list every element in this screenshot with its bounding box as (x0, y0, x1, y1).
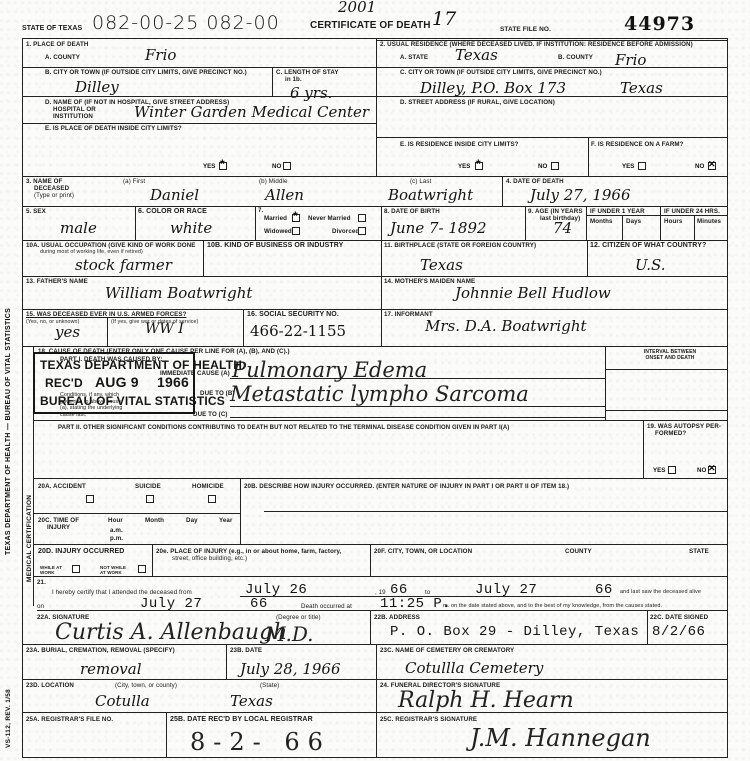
sex-value: male (60, 219, 97, 237)
res-state-label: a. STATE (400, 54, 428, 61)
homicide-label: HOMICIDE (192, 483, 224, 490)
year-label: Year (219, 517, 232, 524)
injury-county-label: COUNTY (565, 548, 592, 555)
rule (22, 644, 727, 645)
state-label: STATE OF TEXAS (22, 25, 82, 32)
homicide-checkbox[interactable] (208, 495, 216, 503)
ssn-label: 16. SOCIAL SECURITY NO. (247, 311, 339, 318)
occurred-label: 20d. INJURY OCCURRED (38, 548, 124, 555)
armed-forces-label: 15. WAS DECEASED EVER IN U.S. ARMED FORC… (26, 311, 187, 318)
stay-sub-label: in 1b. (285, 76, 302, 83)
cemetery-label: 23c. NAME OF CEMETERY OR CREMATORY (380, 647, 514, 654)
death-limits-yes-checkbox[interactable] (219, 162, 227, 170)
ssn-value: 466-22-1155 (250, 322, 346, 340)
residence-label: 2. USUAL RESIDENCE (Where deceased lived… (380, 41, 693, 48)
rule (22, 712, 727, 713)
accident-checkbox[interactable] (86, 495, 94, 503)
first-name-value: Daniel (150, 186, 199, 204)
border-top (22, 38, 727, 39)
birthplace-value: Texas (420, 256, 463, 274)
year-prefix: , 19 (375, 589, 386, 596)
rule (605, 410, 727, 411)
armed-value: yes (55, 323, 80, 341)
stamp-date: AUG 9 (95, 374, 139, 390)
death-limits-no-label: NO (272, 163, 281, 170)
border-right (727, 38, 728, 758)
rule (203, 240, 204, 276)
last-name-value: Boatwright (388, 186, 473, 204)
burial-method-value: removal (80, 660, 142, 678)
cert-text1: I hereby certify that I attended the dec… (52, 589, 192, 596)
rule (22, 123, 376, 124)
accident-label: 20a. ACCIDENT (38, 483, 86, 490)
time-label: 20c. TIME OF (38, 517, 79, 524)
location-state-label: (State) (260, 682, 279, 689)
rule (230, 417, 605, 418)
rule (243, 309, 244, 346)
rule (622, 215, 623, 240)
res-city-value: Dilley, P.O. Box 173 (420, 79, 566, 97)
rule (22, 276, 727, 277)
death-city-label: b. CITY OR TOWN (If outside city limits,… (45, 69, 247, 76)
handwritten-code: 082-00-25 082-00 (92, 12, 280, 34)
farm-label: f. IS RESIDENCE ON A FARM? (591, 141, 684, 148)
citizen-value: U.S. (635, 256, 666, 274)
never-married-label: Never Married (308, 215, 351, 222)
rule (376, 96, 727, 97)
rule (272, 67, 273, 96)
while-work-checkbox[interactable] (72, 565, 80, 573)
pm-label: p.m. (110, 535, 123, 542)
rule (255, 206, 256, 240)
rule (22, 96, 376, 97)
location-label: 23d. LOCATION (26, 682, 74, 689)
stamp-recd: REC'D (45, 376, 83, 390)
date-signed-label: 22c. DATE SIGNED (650, 614, 708, 621)
due-c-label: DUE TO (c) (193, 411, 228, 418)
rule (22, 679, 727, 680)
location-city-label: (City, town, or county) (115, 682, 177, 689)
autopsy-label: 19. WAS AUTOPSY PER- (647, 423, 721, 430)
rule (107, 318, 108, 346)
married-checkbox[interactable] (292, 214, 300, 222)
death-at-label: Death occurred at (301, 603, 352, 610)
annotation-number: 17 (432, 8, 456, 30)
farm-yes-label: YES (622, 163, 634, 170)
dod-value: July 27, 1966 (530, 186, 631, 204)
race-label: 6. COLOR OR RACE (138, 208, 207, 215)
cemetery-value: Cotullla Cemetery (405, 659, 543, 677)
physician-degree: M.D. (265, 622, 314, 646)
dob-value: June 7- 1892 (390, 219, 487, 237)
registrar-date-value: 8-2- 66 (190, 728, 331, 756)
res-state-value: Texas (455, 46, 498, 64)
res-limits-no-label: NO (538, 163, 547, 170)
border-bottom (22, 757, 727, 758)
age-label: 9. AGE (In years (528, 208, 583, 215)
due-b-value: Metastatic lympho Sarcoma (230, 382, 529, 406)
rule (22, 309, 727, 310)
describe-label: 20b. DESCRIBE HOW INJURY OCCURRED. (Ente… (244, 483, 569, 490)
physician-signature: Curtis A. Allenbaugh (55, 620, 287, 645)
rule (587, 240, 588, 276)
rule (647, 610, 648, 644)
rule (660, 206, 661, 240)
rule (605, 346, 606, 420)
father-label: 13. FATHER'S NAME (26, 278, 88, 285)
days-label: Days (626, 218, 641, 225)
divider-mid (376, 38, 377, 177)
rule (22, 176, 727, 177)
rule (230, 406, 605, 407)
rule (694, 215, 695, 240)
am-label: a.m. (110, 527, 123, 534)
rule (22, 346, 727, 347)
under-year-label: IF UNDER 1 YEAR (590, 208, 645, 215)
middle-name-label: (b) Middle (259, 178, 288, 185)
address-label: 22b. ADDRESS (374, 614, 420, 621)
burial-date-label: 23b. DATE (230, 647, 262, 654)
rule (376, 67, 727, 68)
suicide-checkbox[interactable] (146, 495, 154, 503)
res-limits-yes-label: YES (458, 163, 470, 170)
funeral-director-signature: Ralph H. Hearn (398, 688, 574, 713)
certificate-title: CERTIFICATE OF DEATH (310, 22, 431, 29)
received-stamp: TEXAS DEPARTMENT OF HEALTH REC'D AUG 9 1… (33, 352, 195, 414)
dob-label: 8. DATE OF BIRTH (384, 208, 440, 215)
autopsy-yes-label: YES (653, 467, 665, 474)
res-limits-no-checkbox[interactable] (551, 162, 559, 170)
middle-name-value: Allen (265, 186, 304, 204)
rule (240, 478, 241, 544)
months-label: Months (590, 218, 613, 225)
birthplace-label: 11. BIRTHPLACE (State or foreign country… (384, 242, 536, 249)
annotation-year: 2001 (338, 0, 376, 16)
autopsy-yes-checkbox[interactable] (668, 466, 676, 474)
time-label2: INJURY (47, 524, 70, 531)
while-work-label: WHILE AT WORK (40, 565, 65, 575)
border-left (22, 38, 23, 758)
death-city-value: Dilley (75, 78, 119, 96)
stay-value: 6 yrs. (290, 84, 332, 102)
hospital-label3: INSTITUTION (53, 113, 93, 120)
race-value: white (170, 219, 212, 237)
farm-no-checkbox[interactable] (708, 162, 716, 170)
farm-no-label: NO (695, 163, 704, 170)
never-married-checkbox[interactable] (358, 214, 366, 222)
rule (586, 215, 727, 216)
minutes-label: Minutes (697, 218, 721, 225)
rule (135, 206, 136, 240)
widowed-checkbox[interactable] (292, 227, 300, 235)
rule (33, 513, 240, 514)
name-label3: (Type or print) (34, 192, 74, 199)
hours-label: Hours (664, 218, 682, 225)
stamp-bureau: BUREAU OF VITAL STATISTICS (40, 394, 225, 408)
rule (22, 240, 727, 241)
day-label: Day (186, 517, 198, 524)
autopsy-no-checkbox[interactable] (708, 466, 716, 474)
place-label: 20e. PLACE OF INJURY (e.g., in or about … (156, 548, 341, 555)
address-value: P. O. Box 29 - Dilley, Texas (390, 624, 639, 640)
rule (525, 206, 526, 240)
not-while-work-checkbox[interactable] (138, 565, 146, 573)
rule (37, 610, 727, 611)
rule (33, 478, 727, 479)
name-label: 3. NAME OF (26, 178, 62, 185)
age-value: 74 (553, 219, 572, 237)
state-file-number: 44973 (624, 13, 695, 35)
rule (22, 206, 727, 207)
informant-value: Mrs. D.A. Boatwright (425, 317, 587, 335)
occupation-label2: during most of working life, even if ret… (40, 249, 143, 256)
rule (370, 544, 371, 576)
last-name-label: (c) Last (410, 178, 431, 185)
res-city-state-value: Texas (620, 79, 663, 97)
burial-method-label: 23a. BURIAL, CREMATION, REMOVAL (Specify… (26, 647, 175, 654)
cert-text3: m. on the date stated above, and to the … (443, 603, 662, 610)
death-inside-limits-label: e. IS PLACE OF DEATH INSIDE CITY LIMITS? (45, 125, 182, 132)
rule (605, 369, 727, 370)
part2-label: PART II. OTHER SIGNIFICANT CONDITIONS CO… (58, 425, 509, 432)
rule (264, 511, 727, 512)
farm-yes-checkbox[interactable] (638, 162, 646, 170)
rule (33, 576, 727, 577)
cert-num: 21. (37, 579, 46, 586)
rule (586, 206, 587, 240)
death-limits-yes-label: YES (203, 163, 215, 170)
place-of-death-label: 1. PLACE OF DEATH (26, 41, 88, 48)
date-signed-value: 8/2/66 (652, 624, 705, 640)
occupation-label: 10a. USUAL OCCUPATION (Give kind of work… (26, 242, 196, 249)
rule (370, 610, 371, 644)
on-label: on (37, 603, 44, 610)
state-file-label: STATE FILE NO. (500, 26, 551, 33)
rule (643, 420, 644, 478)
suicide-label: SUICIDE (135, 483, 161, 490)
registrar-file-label: 25a. REGISTRAR'S FILE NO. (26, 716, 113, 723)
marital-label: 7. (258, 207, 263, 214)
name-label2: DECEASED (34, 185, 69, 192)
margin-medical-cert: MEDICAL CERTIFICATION (26, 495, 33, 582)
autopsy-label2: FORMED? (655, 430, 686, 437)
burial-date-value: July 28, 1966 (240, 660, 341, 678)
registrar-signature-label: 25c. REGISTRAR'S SIGNATURE (380, 716, 477, 723)
divorced-label: Divorced (332, 228, 359, 235)
rule (33, 544, 727, 545)
death-county-label: a. COUNTY (45, 54, 80, 61)
injury-city-label: 20f. CITY, TOWN, OR LOCATION (374, 548, 472, 555)
injury-state-label: STATE (689, 548, 709, 555)
interval-label: INTERVAL BETWEEN ONSET AND DEATH (635, 349, 705, 361)
mother-value: Johnnie Bell Hudlow (455, 284, 611, 302)
industry-label: 10b. KIND OF BUSINESS OR INDUSTRY (207, 242, 343, 249)
registrar-signature: J.M. Hannegan (470, 724, 651, 752)
rule (22, 67, 376, 68)
margin-form-no: VS-112, REV. 1/58 (5, 689, 12, 748)
dod-label: 4. DATE OF DEATH (506, 178, 564, 185)
war-value: WW I (145, 321, 184, 337)
stay-label: c. LENGTH OF STAY (276, 69, 339, 76)
hospital-label2: HOSPITAL OR (53, 106, 96, 113)
hour-label: Hour (108, 517, 123, 524)
death-certificate: STATE OF TEXAS 082-00-25 082-00 2001 CER… (0, 0, 750, 761)
not-while-work-label: NOT WHILE AT WORK (100, 565, 132, 575)
res-county-label: b. COUNTY (558, 54, 593, 61)
rule (152, 544, 153, 576)
rule (381, 240, 382, 276)
divorced-checkbox[interactable] (358, 227, 366, 235)
death-limits-no-checkbox[interactable] (283, 162, 291, 170)
margin-dept-text: TEXAS DEPARTMENT OF HEALTH — BUREAU OF V… (5, 308, 12, 555)
registrar-date-label: 25b. DATE REC'D BY LOCAL REGISTRAR (170, 716, 313, 723)
res-street-label: d. STREET ADDRESS (If rural, give locati… (400, 99, 555, 106)
under-day-label: IF UNDER 24 HRS. (664, 208, 720, 215)
rule (381, 276, 382, 346)
res-city-label: c. CITY OR TOWN (If outside city limits,… (400, 69, 602, 76)
rule (381, 206, 382, 240)
location-city-value: Cotulla (95, 692, 150, 710)
citizen-label: 12. CITIZEN OF WHAT COUNTRY? (590, 242, 706, 249)
rule (166, 712, 167, 758)
married-label: Married (264, 215, 287, 222)
first-name-label: (a) First (123, 178, 145, 185)
to-label: to (425, 589, 430, 596)
rule (588, 137, 589, 177)
stamp-year: 1966 (157, 374, 189, 390)
death-county-value: Frio (145, 46, 176, 64)
rule (33, 420, 727, 421)
rule (376, 644, 377, 758)
rule (502, 176, 503, 206)
rule (230, 378, 605, 379)
hospital-value: Winter Garden Medical Center (134, 103, 369, 121)
widowed-label: Widowed (264, 228, 292, 235)
rule (376, 137, 727, 138)
res-inside-limits-label: e. IS RESIDENCE INSIDE CITY LIMITS? (400, 141, 519, 148)
place-label2: street, office building, etc.) (172, 555, 247, 562)
father-value: William Boatwright (105, 284, 252, 302)
stamp-dept: TEXAS DEPARTMENT OF HEALTH (40, 358, 242, 372)
location-state-value: Texas (230, 692, 273, 710)
res-limits-yes-checkbox[interactable] (475, 162, 483, 170)
sex-label: 5. SEX (26, 208, 46, 215)
rule (226, 644, 227, 679)
cert-text2: and last saw the deceased alive (620, 589, 701, 596)
autopsy-no-label: NO (697, 467, 706, 474)
month-label: Month (145, 517, 164, 524)
occupation-value: stock farmer (75, 256, 172, 274)
